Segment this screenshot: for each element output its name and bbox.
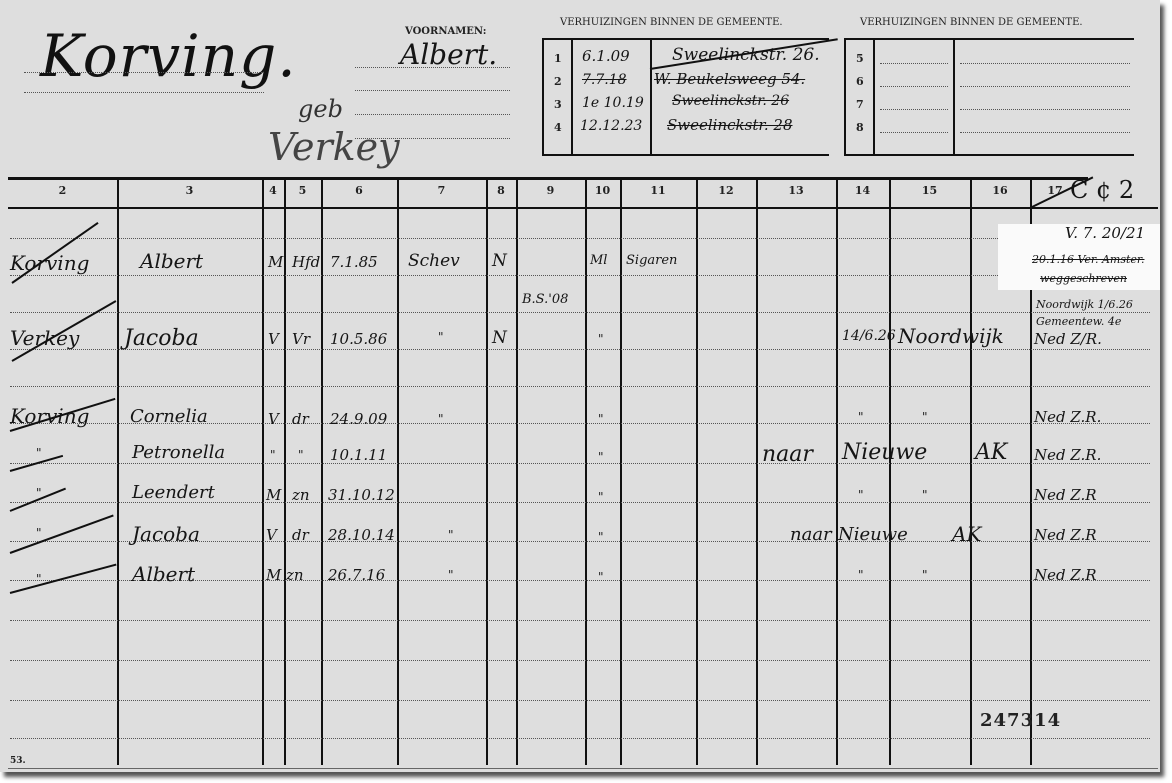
col-header-15: 15 xyxy=(889,184,970,197)
col17-annotation-3: weggeschreven xyxy=(1040,272,1127,285)
col-header-13: 13 xyxy=(756,184,836,197)
col17-annotation-1: V. 7. 20/21 xyxy=(1065,224,1145,242)
registration-card: Korving. geb Verkey VOORNAMEN: Albert. V… xyxy=(0,0,1160,772)
moves-left-row-3: 3 1e 10.19 Sweelinckstr. 26 xyxy=(542,93,842,113)
col-header-16: 16 xyxy=(970,184,1030,197)
person-row: Verkey Jacoba V Vr 10.5.86 " N " 14/6.26… xyxy=(0,322,1160,352)
geb-label: geb xyxy=(298,95,343,123)
col-header-11: 11 xyxy=(620,184,696,197)
col-header-9: 9 xyxy=(516,184,585,197)
col9-annotation: B.S.'08 xyxy=(522,292,568,307)
table-top-rule xyxy=(8,177,1088,180)
col17-row2-line1: Noordwijk 1/6.26 xyxy=(1036,298,1133,311)
header-bottom-rule xyxy=(8,207,1158,209)
col-header-5: 5 xyxy=(284,184,321,197)
card-number: 247314 xyxy=(980,710,1061,731)
col17-annotation-2: 20.1.16 Ver. Amster. xyxy=(1032,253,1144,266)
person-row: " Jacoba V dr 28.10.14 " " naar Nieuwe A… xyxy=(0,520,1160,550)
col-header-8: 8 xyxy=(486,184,516,197)
moves-right-num-7: 7 xyxy=(856,98,864,111)
col17-row2-line3: Ned Z/R. xyxy=(1034,330,1102,348)
moves-right-title: VERHUIZINGEN BINNEN DE GEMEENTE. xyxy=(860,17,1083,28)
moves-left-row-2: 2 7.7.18 W. Beukelsweeg 54. xyxy=(542,70,842,90)
col-header-10: 10 xyxy=(585,184,620,197)
col-header-2: 2 xyxy=(8,184,117,197)
col-header-6: 6 xyxy=(321,184,397,197)
col17-row2-line2: Gemeentew. 4e xyxy=(1036,315,1121,328)
person-row: " Leendert M zn 31.10.12 " " " Ned Z.R xyxy=(0,480,1160,510)
moves-left-row-4: 4 12.12.23 Sweelinckstr. 28 xyxy=(542,116,842,136)
voornamen-label: VOORNAMEN: xyxy=(405,26,486,37)
person-row: " Albert M zn 26.7.16 " " " " Ned Z.R xyxy=(0,560,1160,590)
moves-right-num-8: 8 xyxy=(856,121,864,134)
col-header-4: 4 xyxy=(262,184,284,197)
person-row: Korving Cornelia V dr 24.9.09 " " " " Ne… xyxy=(0,402,1160,432)
moves-right-num-5: 5 xyxy=(856,52,864,65)
form-number: 53. xyxy=(10,756,26,766)
moves-right-num-6: 6 xyxy=(856,75,864,88)
maiden-name: Verkey xyxy=(268,125,400,169)
person-row: Korving Albert M Hfd 7.1.85 Schev N Ml S… xyxy=(0,245,1160,275)
corner-mark: C ¢ 2 xyxy=(1070,176,1134,204)
col-header-7: 7 xyxy=(397,184,486,197)
card-bottom-edge xyxy=(8,768,1158,769)
col-header-3: 3 xyxy=(117,184,262,197)
person-row: " Petronella " " 10.1.11 " naar Nieuwe A… xyxy=(0,440,1160,470)
moves-left-row-1: 1 6.1.09 Sweelinckstr. 26. xyxy=(542,47,842,67)
col-header-14: 14 xyxy=(836,184,889,197)
col-header-12: 12 xyxy=(696,184,756,197)
moves-right-box xyxy=(844,38,1134,156)
surname-title: Korving. xyxy=(40,22,297,90)
moves-left-title: VERHUIZINGEN BINNEN DE GEMEENTE. xyxy=(560,17,783,28)
